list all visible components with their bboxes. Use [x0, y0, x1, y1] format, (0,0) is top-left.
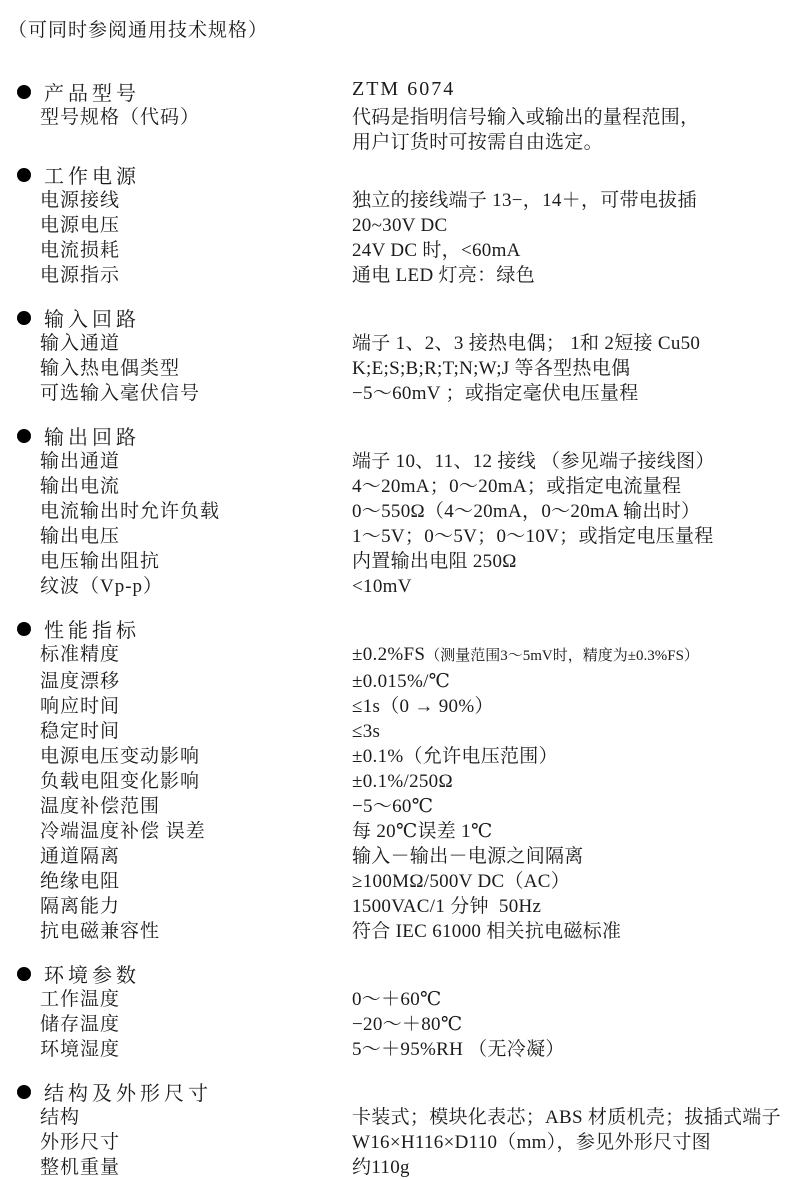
section-header: 输出回路	[0, 422, 790, 449]
spec-row: 外形尺寸W16×H116×D110（mm），参见外形尺寸图	[0, 1130, 790, 1155]
spec-value: ±0.1%/250Ω	[352, 769, 790, 794]
spec-label: 环境湿度	[0, 1037, 352, 1062]
spec-row: 电源接线独立的接线端子 13−，14＋，可带电拔插	[0, 188, 790, 213]
spec-section: 性能指标标准精度±0.2%FS（测量范围3～5mV时，精度为±0.3%FS）温度…	[0, 615, 790, 944]
spec-label: 负载电阻变化影响	[0, 769, 352, 794]
spec-row: 冷端温度补偿 误差每 20℃误差 1℃	[0, 819, 790, 844]
spec-label: 外形尺寸	[0, 1130, 352, 1155]
spec-label: 电源接线	[0, 188, 352, 213]
spec-value: 端子 1、2、3 接热电偶； 1和 2短接 Cu50	[352, 331, 790, 356]
spec-section: 输出回路输出通道端子 10、11、12 接线 （参见端子接线图）输出电流4～20…	[0, 422, 790, 599]
spec-label: 可选输入毫伏信号	[0, 381, 352, 406]
spec-value: 每 20℃误差 1℃	[352, 819, 790, 844]
spec-sections: 产品型号ZTM 6074型号规格（代码）代码是指明信号输入或输出的量程范围，用户…	[0, 78, 790, 1180]
section-header: 工作电源	[0, 161, 790, 188]
spec-value: 输入－输出－电源之间隔离	[352, 844, 790, 869]
spec-value: K;E;S;B;R;T;N;W;J 等各型热电偶	[352, 356, 790, 381]
spec-label: 电流损耗	[0, 238, 352, 263]
spec-value: ±0.015%/℃	[352, 669, 790, 694]
spec-label: 电源电压变动影响	[0, 744, 352, 769]
spec-row: 输入通道端子 1、2、3 接热电偶； 1和 2短接 Cu50	[0, 331, 790, 356]
spec-row: 负载电阻变化影响±0.1%/250Ω	[0, 769, 790, 794]
spec-section: 输入回路输入通道端子 1、2、3 接热电偶； 1和 2短接 Cu50输入热电偶类…	[0, 304, 790, 406]
spec-label: 标准精度	[0, 642, 352, 669]
spec-value: <10mV	[352, 574, 790, 599]
spec-row: 型号规格（代码）代码是指明信号输入或输出的量程范围，用户订货时可按需自由选定。	[0, 105, 790, 155]
spec-row: 绝缘电阻≥100MΩ/500V DC（AC）	[0, 869, 790, 894]
spec-value: −20～＋80℃	[352, 1012, 790, 1037]
spec-value: 约110g	[352, 1155, 790, 1180]
section-header: 环境参数	[0, 960, 790, 987]
spec-row: 温度漂移±0.015%/℃	[0, 669, 790, 694]
spec-value: 1～5V；0～5V；0～10V；或指定电压量程	[352, 524, 790, 549]
bullet-icon	[17, 967, 31, 981]
spec-value: 20~30V DC	[352, 213, 790, 238]
spec-row: 输出通道端子 10、11、12 接线 （参见端子接线图）	[0, 449, 790, 474]
spec-label: 输出电压	[0, 524, 352, 549]
spec-value: −5～60℃	[352, 794, 790, 819]
spec-section: 产品型号ZTM 6074型号规格（代码）代码是指明信号输入或输出的量程范围，用户…	[0, 78, 790, 155]
spec-label: 通道隔离	[0, 844, 352, 869]
spec-section: 结构及外形尺寸结构卡装式；模块化表芯；ABS 材质机壳；拔插式端子外形尺寸W16…	[0, 1078, 790, 1180]
spec-label: 稳定时间	[0, 719, 352, 744]
spec-value-line: 代码是指明信号输入或输出的量程范围，	[352, 105, 790, 130]
spec-row: 工作温度0～＋60℃	[0, 987, 790, 1012]
header-note: （可同时参阅通用技术规格）	[0, 0, 790, 42]
bullet-icon	[17, 622, 31, 636]
spec-label: 温度漂移	[0, 669, 352, 694]
spec-row: 电源指示通电 LED 灯亮：绿色	[0, 263, 790, 288]
spec-value: ±0.1%（允许电压范围）	[352, 744, 790, 769]
spec-row: 隔离能力1500VAC/1 分钟 50Hz	[0, 894, 790, 919]
section-title: 输出回路	[44, 421, 140, 450]
spec-value: ≤1s（0 → 90%）	[352, 694, 790, 719]
spec-row: 抗电磁兼容性符合 IEC 61000 相关抗电磁标准	[0, 919, 790, 944]
spec-row: 稳定时间≤3s	[0, 719, 790, 744]
section-header: 结构及外形尺寸	[0, 1078, 790, 1105]
section-title: 产品型号	[44, 77, 140, 106]
spec-value: 代码是指明信号输入或输出的量程范围，用户订货时可按需自由选定。	[352, 105, 790, 155]
spec-value: 0～550Ω（4～20mA，0～20mA 输出时）	[352, 499, 790, 524]
section-title: 工作电源	[44, 160, 140, 189]
spec-row: 输出电压1～5V；0～5V；0～10V；或指定电压量程	[0, 524, 790, 549]
spec-value: 内置输出电阻 250Ω	[352, 549, 790, 574]
section-title: 性能指标	[44, 614, 140, 643]
spec-label: 电源指示	[0, 263, 352, 288]
spec-label: 温度补偿范围	[0, 794, 352, 819]
spec-value: 卡装式；模块化表芯；ABS 材质机壳；拔插式端子	[352, 1105, 790, 1130]
spec-value: 通电 LED 灯亮：绿色	[352, 263, 790, 288]
spec-value: ≥100MΩ/500V DC（AC）	[352, 869, 790, 894]
bullet-icon	[17, 311, 31, 325]
spec-document-page: （可同时参阅通用技术规格） 产品型号ZTM 6074型号规格（代码）代码是指明信…	[0, 0, 790, 1180]
spec-value: ≤3s	[352, 719, 790, 744]
spec-row: 环境湿度5～＋95%RH （无冷凝）	[0, 1037, 790, 1062]
spec-value: −5～60mV ；或指定毫伏电压量程	[352, 381, 790, 406]
spec-value-note: （测量范围3～5mV时，精度为±0.3%FS）	[425, 648, 699, 664]
section-title: 环境参数	[44, 959, 140, 988]
spec-label: 纹波（Vp-p）	[0, 574, 352, 599]
spec-row: 储存温度−20～＋80℃	[0, 1012, 790, 1037]
section-title: 输入回路	[44, 303, 140, 332]
spec-row: 标准精度±0.2%FS（测量范围3～5mV时，精度为±0.3%FS）	[0, 642, 790, 669]
spec-value: 端子 10、11、12 接线 （参见端子接线图）	[352, 449, 790, 474]
section-header: 产品型号ZTM 6074	[0, 78, 790, 105]
spec-row: 电压输出阻抗内置输出电阻 250Ω	[0, 549, 790, 574]
spec-label: 输出电流	[0, 474, 352, 499]
section-header: 性能指标	[0, 615, 790, 642]
spec-value: 符合 IEC 61000 相关抗电磁标准	[352, 919, 790, 944]
spec-value: ±0.2%FS（测量范围3～5mV时，精度为±0.3%FS）	[352, 642, 790, 669]
spec-row: 纹波（Vp-p）<10mV	[0, 574, 790, 599]
spec-label: 输入热电偶类型	[0, 356, 352, 381]
spec-label: 响应时间	[0, 694, 352, 719]
spec-value-line: 用户订货时可按需自由选定。	[352, 130, 790, 155]
spec-row: 通道隔离输入－输出－电源之间隔离	[0, 844, 790, 869]
bullet-icon	[17, 168, 31, 182]
spec-value: W16×H116×D110（mm），参见外形尺寸图	[352, 1130, 790, 1155]
spec-label: 储存温度	[0, 1012, 352, 1037]
spec-value: 4～20mA；0～20mA；或指定电流量程	[352, 474, 790, 499]
spec-label: 电压输出阻抗	[0, 549, 352, 574]
section-title: 结构及外形尺寸	[44, 1077, 212, 1106]
spec-value: 1500VAC/1 分钟 50Hz	[352, 894, 790, 919]
spec-row: 电流损耗24V DC 时，<60mA	[0, 238, 790, 263]
spec-row: 可选输入毫伏信号−5～60mV ；或指定毫伏电压量程	[0, 381, 790, 406]
bullet-icon	[17, 429, 31, 443]
spec-row: 响应时间≤1s（0 → 90%）	[0, 694, 790, 719]
spec-label: 隔离能力	[0, 894, 352, 919]
spec-section: 工作电源电源接线独立的接线端子 13−，14＋，可带电拔插电源电压20~30V …	[0, 161, 790, 288]
spec-label: 电流输出时允许负载	[0, 499, 352, 524]
spec-row: 整机重量约110g	[0, 1155, 790, 1180]
bullet-icon	[17, 1085, 31, 1099]
bullet-icon	[17, 85, 31, 99]
section-header: 输入回路	[0, 304, 790, 331]
spec-row: 电源电压变动影响±0.1%（允许电压范围）	[0, 744, 790, 769]
spec-label: 输出通道	[0, 449, 352, 474]
spec-label: 整机重量	[0, 1155, 352, 1180]
spec-label: 抗电磁兼容性	[0, 919, 352, 944]
spec-row: 输出电流4～20mA；0～20mA；或指定电流量程	[0, 474, 790, 499]
spec-label: 工作温度	[0, 987, 352, 1012]
spec-value: 0～＋60℃	[352, 987, 790, 1012]
spec-row: 结构卡装式；模块化表芯；ABS 材质机壳；拔插式端子	[0, 1105, 790, 1130]
section-title-value: ZTM 6074	[352, 78, 455, 101]
spec-label: 冷端温度补偿 误差	[0, 819, 352, 844]
spec-section: 环境参数工作温度0～＋60℃储存温度−20～＋80℃环境湿度5～＋95%RH （…	[0, 960, 790, 1062]
spec-label: 电源电压	[0, 213, 352, 238]
spec-label: 结构	[0, 1105, 352, 1130]
spec-row: 电流输出时允许负载0～550Ω（4～20mA，0～20mA 输出时）	[0, 499, 790, 524]
spec-row: 温度补偿范围−5～60℃	[0, 794, 790, 819]
spec-row: 输入热电偶类型K;E;S;B;R;T;N;W;J 等各型热电偶	[0, 356, 790, 381]
spec-value: 24V DC 时，<60mA	[352, 238, 790, 263]
spec-value: 5～＋95%RH （无冷凝）	[352, 1037, 790, 1062]
spec-value: 独立的接线端子 13−，14＋，可带电拔插	[352, 188, 790, 213]
spec-row: 电源电压20~30V DC	[0, 213, 790, 238]
spec-label: 型号规格（代码）	[0, 105, 352, 155]
spec-label: 输入通道	[0, 331, 352, 356]
spec-label: 绝缘电阻	[0, 869, 352, 894]
